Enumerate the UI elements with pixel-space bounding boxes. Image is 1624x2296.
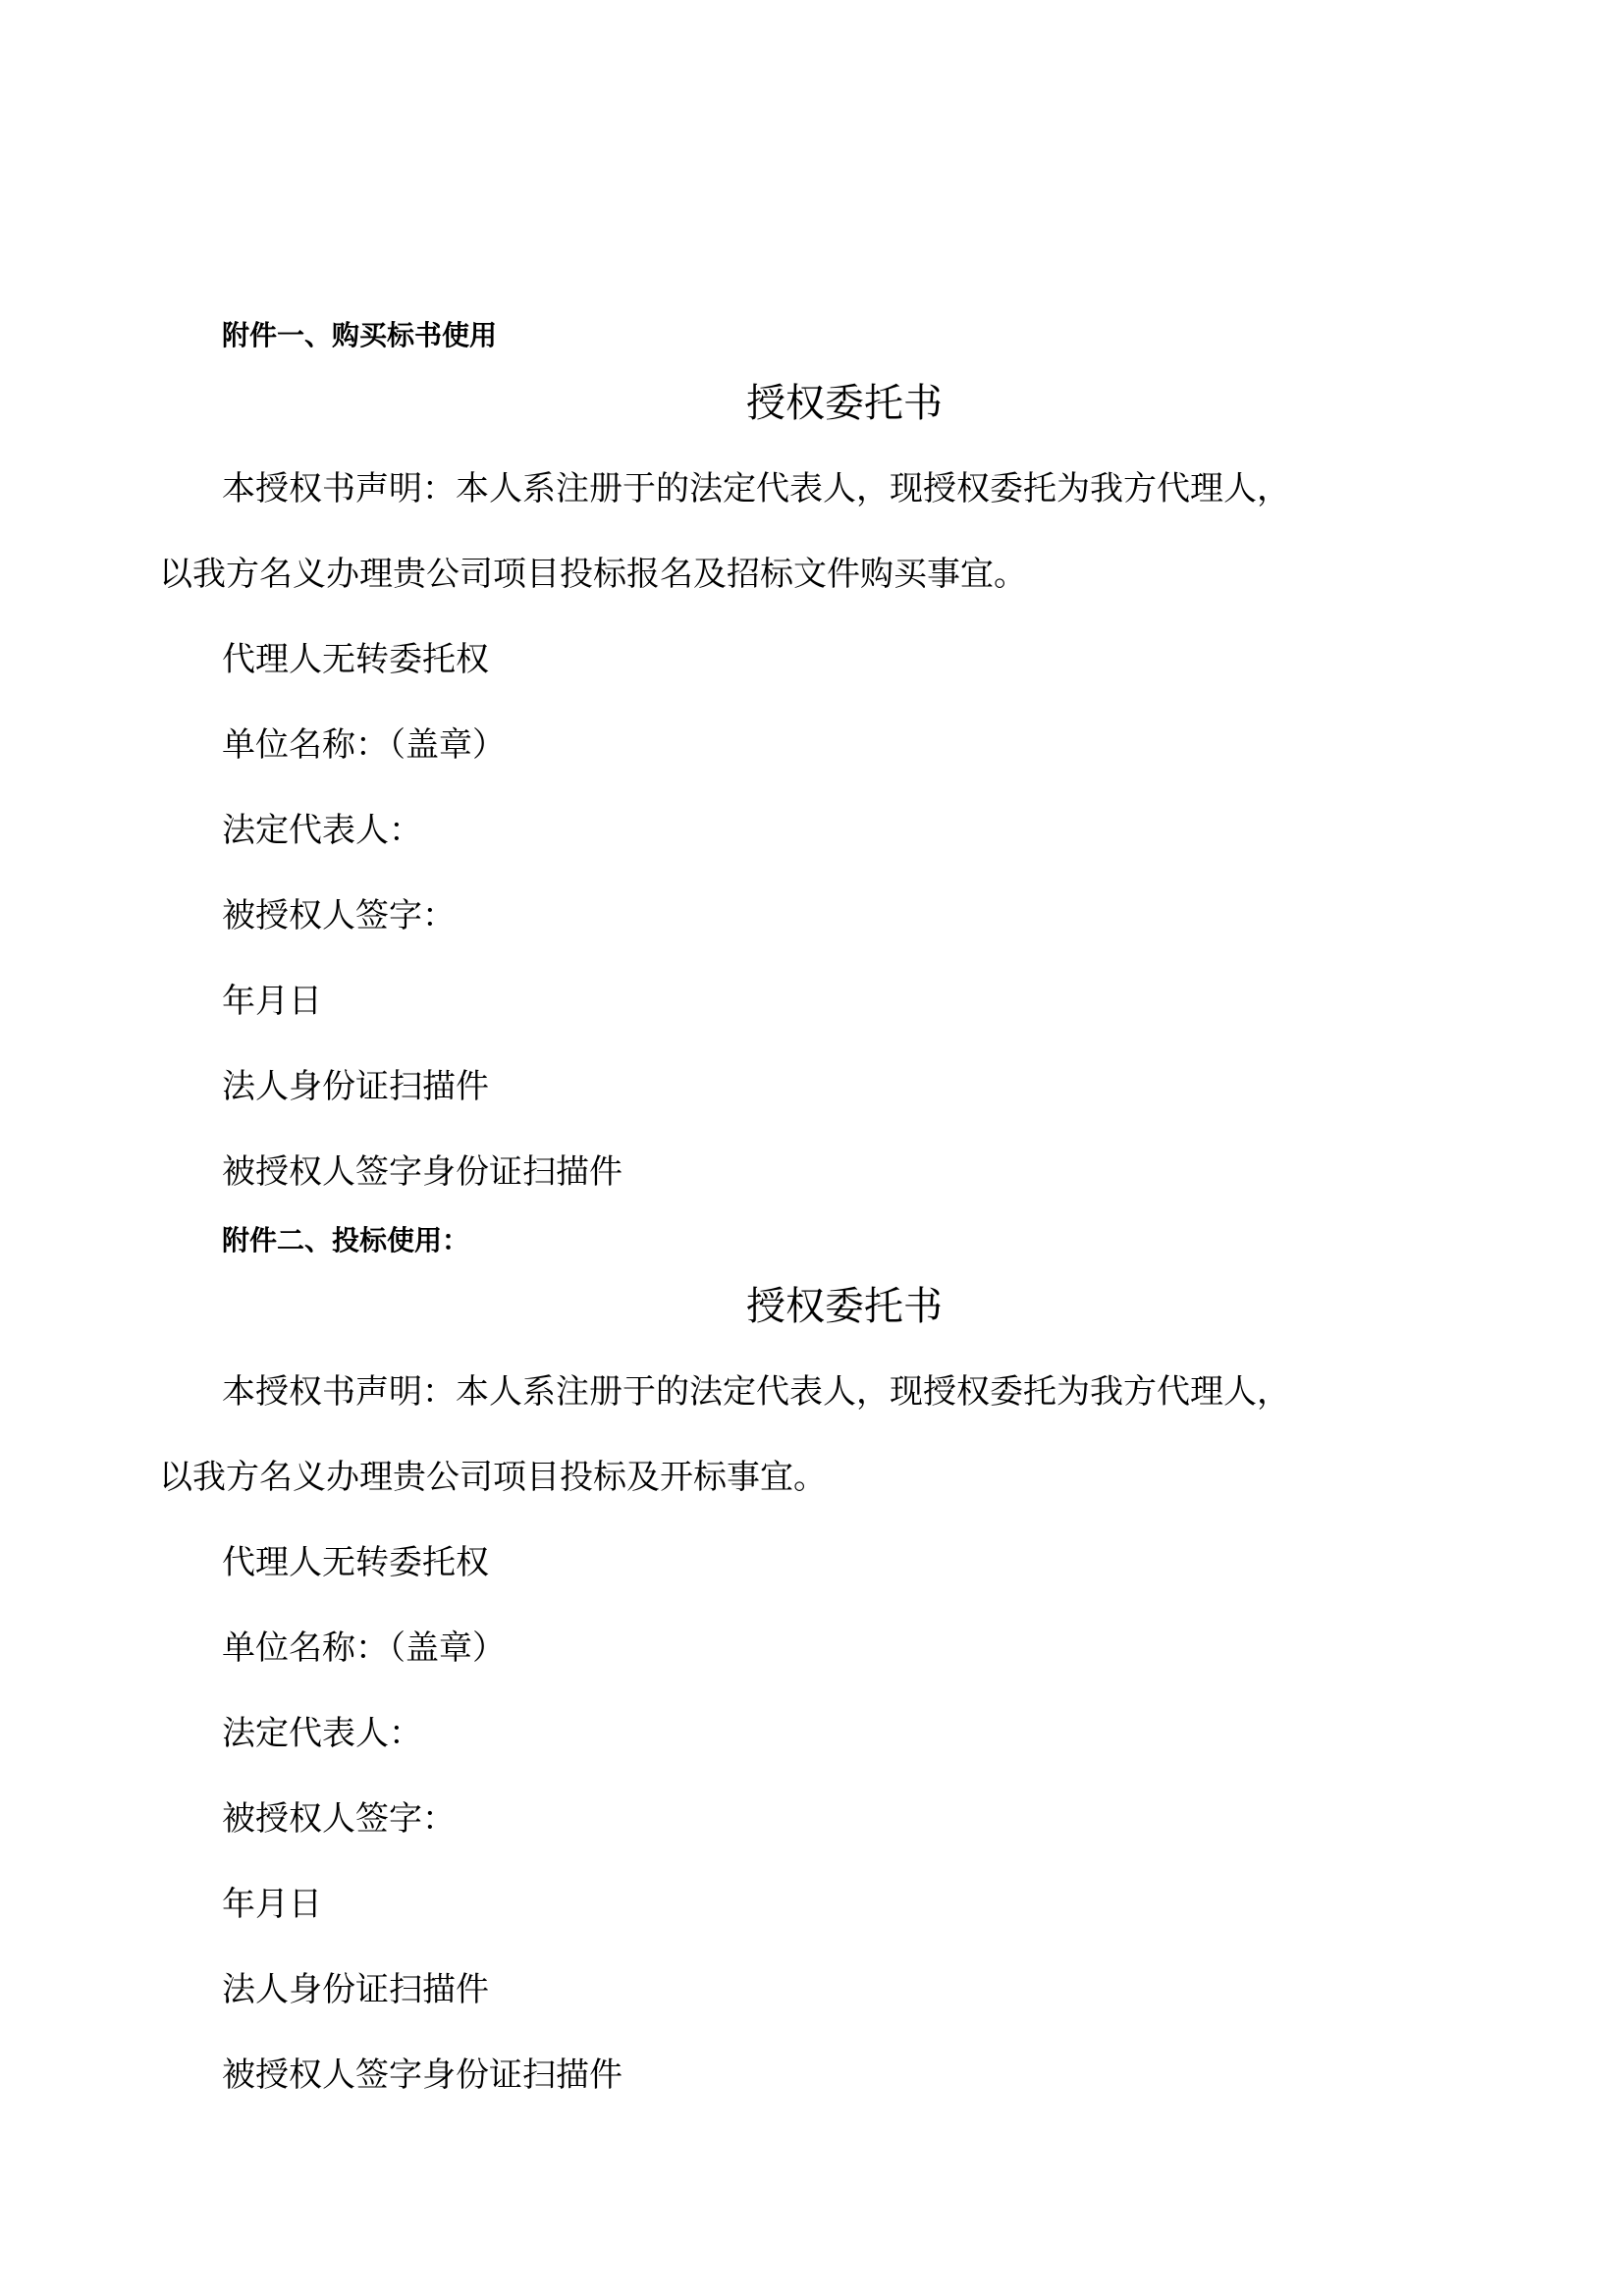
section-2-title: 授权委托书: [0, 1284, 1624, 1329]
section-1-statement-line1: 本授权书声明：本人系注册于的法定代表人，现授权委托为我方代理人，: [222, 469, 1290, 508]
section-2-field-legal-id-scan: 法人身份证扫描件: [222, 1970, 489, 2009]
section-2-field-authorized-signature: 被授权人签字：: [222, 1799, 456, 1839]
section-1-field-legal-rep: 法定代表人：: [222, 811, 422, 850]
document-page: 附件一、购买标书使用 授权委托书 本授权书声明：本人系注册于的法定代表人，现授权…: [0, 0, 1624, 2296]
section-2-heading: 附件二、投标使用：: [222, 1221, 469, 1260]
section-1-field-company-name: 单位名称：（盖章）: [222, 725, 506, 765]
section-1-heading: 附件一、购买标书使用: [222, 316, 497, 355]
section-1-field-date: 年月日: [222, 982, 322, 1021]
section-2-statement-line2: 以我方名义办理贵公司项目投标及开标事宜。: [159, 1458, 827, 1497]
section-2-field-legal-rep: 法定代表人：: [222, 1714, 422, 1753]
section-2-field-date: 年月日: [222, 1885, 322, 1924]
section-1-field-authorized-signature: 被授权人签字：: [222, 896, 456, 935]
section-1-field-no-subdelegation: 代理人无转委托权: [222, 640, 489, 679]
section-1-field-authorized-id-scan: 被授权人签字身份证扫描件: [222, 1152, 623, 1192]
section-1-field-legal-id-scan: 法人身份证扫描件: [222, 1067, 489, 1106]
section-2-statement-line1: 本授权书声明：本人系注册于的法定代表人，现授权委托为我方代理人，: [222, 1372, 1290, 1412]
section-1-title: 授权委托书: [0, 381, 1624, 426]
section-2-field-company-name: 单位名称：（盖章）: [222, 1629, 506, 1668]
section-2-field-no-subdelegation: 代理人无转委托权: [222, 1543, 489, 1582]
section-2-field-authorized-id-scan: 被授权人签字身份证扫描件: [222, 2056, 623, 2095]
section-1-statement-line2: 以我方名义办理贵公司项目投标报名及招标文件购买事宜。: [159, 555, 1027, 594]
